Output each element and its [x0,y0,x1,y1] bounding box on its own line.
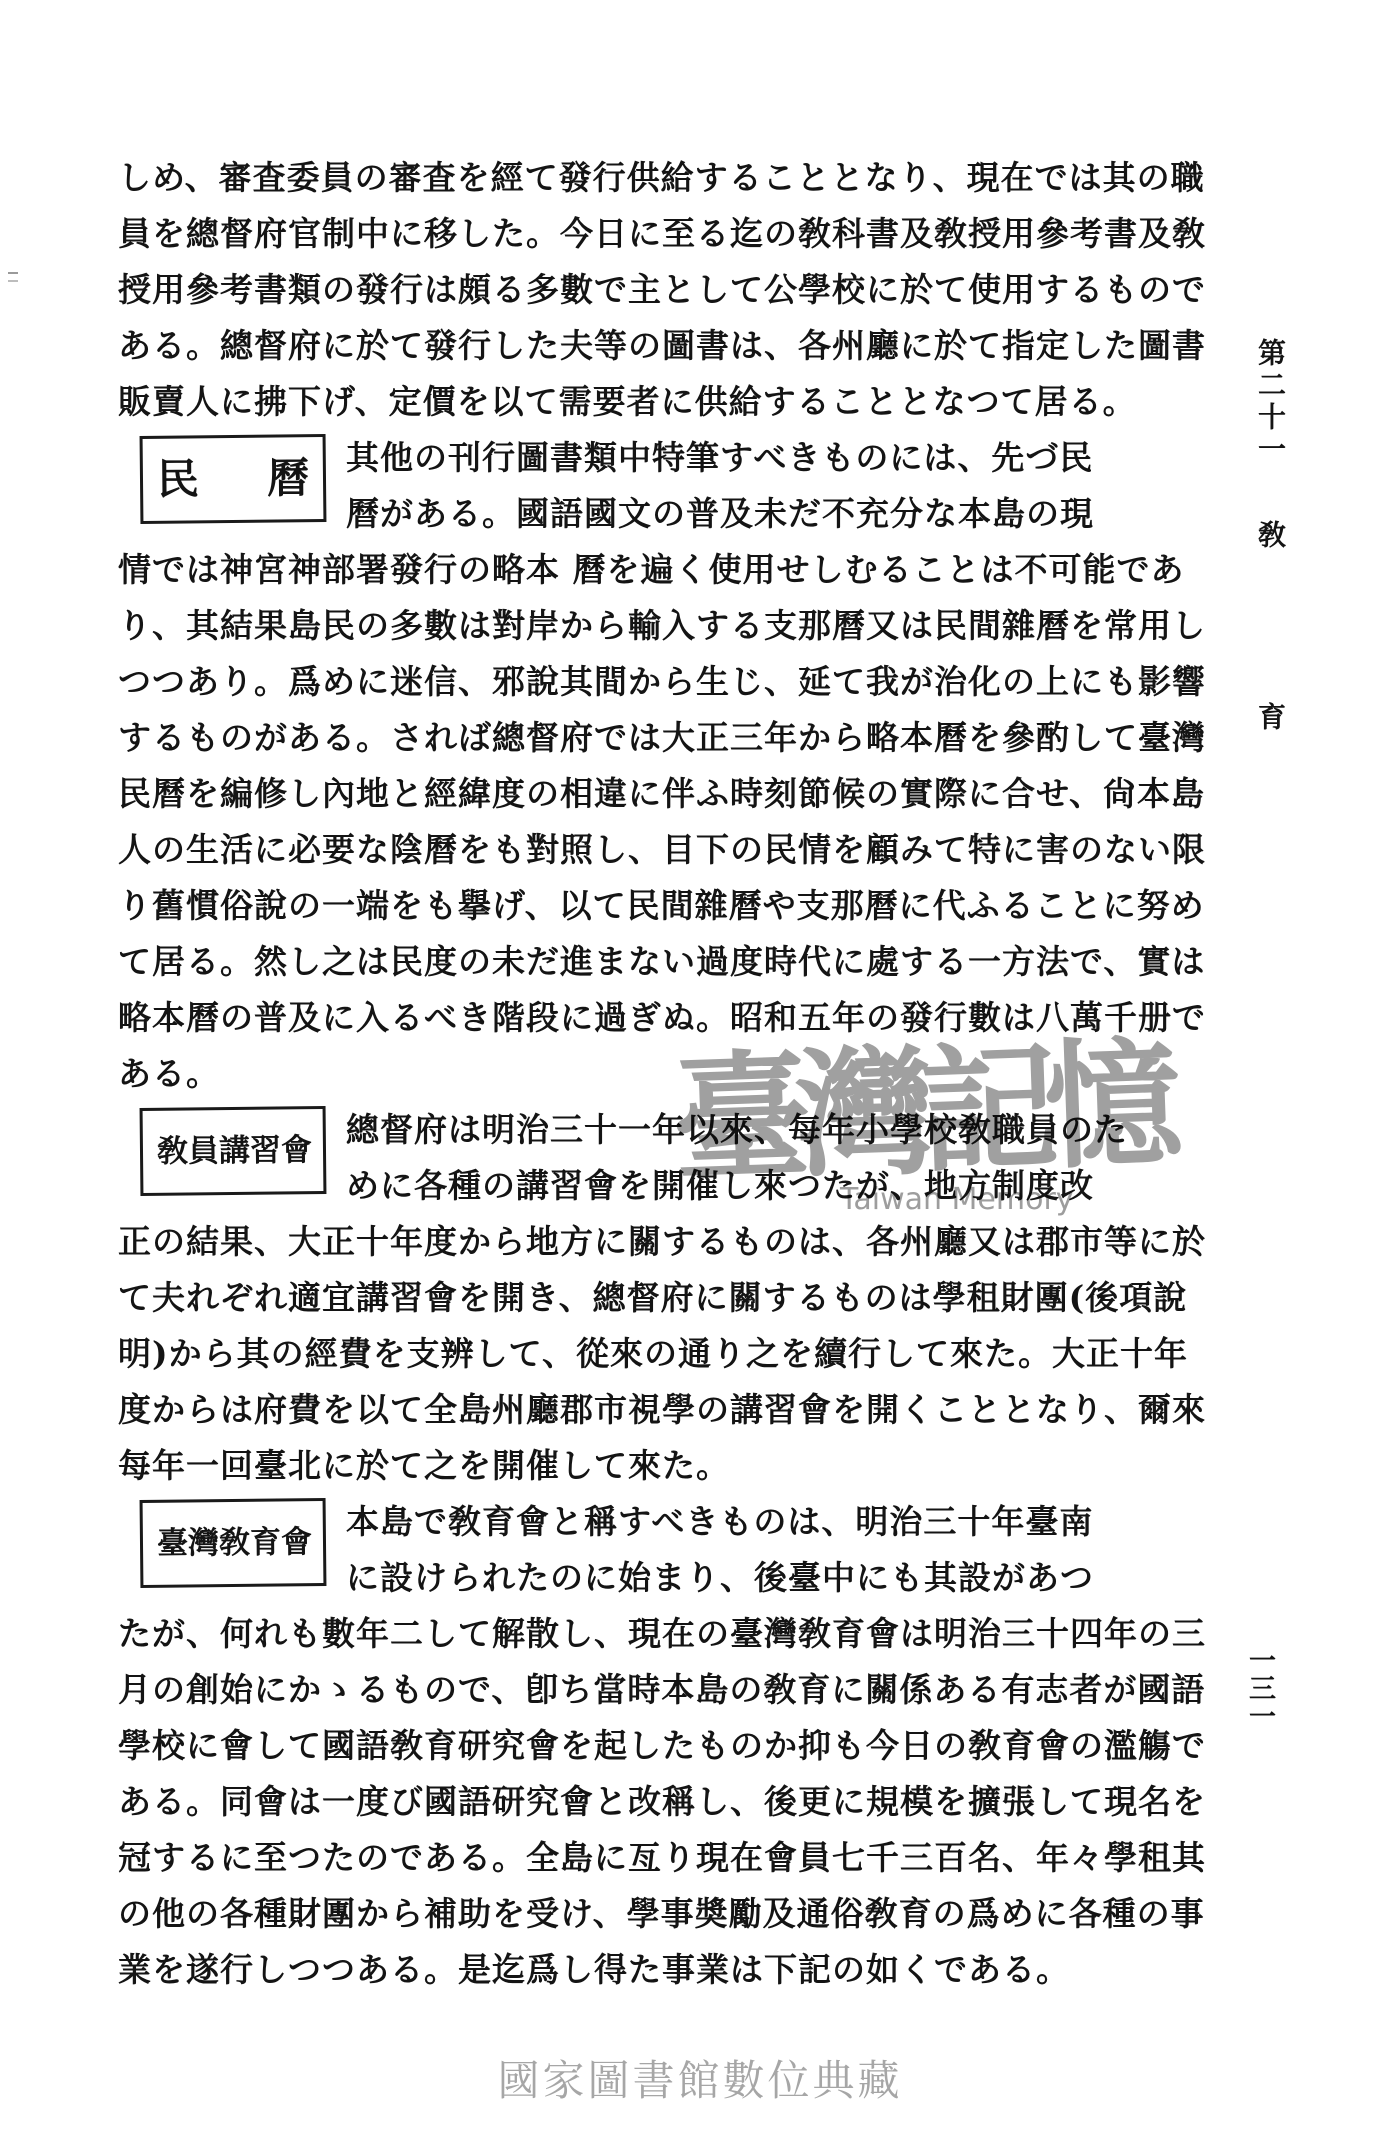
section-minreki: 民 曆 其他の刊行圖書類中特筆すべきものには、先づ民 曆がある。國語國文の普及未… [118,430,1140,1102]
section-heading-char: 曆 [267,450,310,506]
text-line: するものがある。されば總督府では大正三年から略本曆を參酌して臺灣 [118,710,1140,766]
section-heading-char: 民 [157,451,200,507]
text-line: つつあり。爲めに迷信、邪說其間から生じ、延て我が治化の上にも影響 [118,654,1140,710]
section-heading-label: 臺灣敎育會 [157,1514,313,1572]
scanned-book-page: しめ、審査委員の審査を經て發行供給することとなり、現在では其の職 員を總督府官制… [0,0,1400,2130]
section-heading-box: 敎員講習會 [140,1106,327,1196]
chapter-margin-header: 第二十一 敎 育 [1250,338,1290,734]
section-kyouikukai: 臺灣敎育會 本島で敎育會と稱すべきものは、明治三十年臺南 に設けられたのに始まり… [118,1494,1140,1998]
text-line: り、其結果島民の多數は對岸から輸入する支那曆又は民間雜曆を常用し [118,598,1140,654]
library-digital-archive-stamp: 國家圖書館數位典藏 [497,2048,902,2108]
chapter-subject-char: 敎 [1250,520,1290,552]
text-line: 正の結果、大正十年度から地方に關するものは、各州廳又は郡市等に於 [118,1214,1140,1270]
text-line: 業を遂行しつつある。是迄爲し得た事業は下記の如くである。 [118,1942,1140,1998]
text-line: 情では神宮神部署發行の略本 曆を遍く使用せしむることは不可能であ [118,542,1140,598]
intro-paragraph: しめ、審査委員の審査を經て發行供給することとなり、現在では其の職 員を總督府官制… [118,150,1140,430]
section-heading-box: 臺灣敎育會 [140,1498,327,1588]
page-body-text: しめ、審査委員の審査を經て發行供給することとなり、現在では其の職 員を總督府官制… [118,150,1140,1998]
text-line: ある。同會は一度び國語研究會と改稱し、後更に規模を擴張して現名を [118,1774,1140,1830]
chapter-subject-char: 育 [1250,702,1290,734]
text-line: 授用參考書類の發行は頗る多數で主として公學校に於て使用するもので [118,262,1140,318]
text-line: 販賣人に拂下げ、定價を以て需要者に供給することとなつて居る。 [118,374,1140,430]
text-line: 明)から其の經費を支辨して、從來の通り之を續行して來た。大正十年 [118,1326,1140,1382]
text-line: 員を總督府官制中に移した。今日に至る迄の敎科書及敎授用參考書及敎 [118,206,1140,262]
text-line: ある。總督府に於て發行した夫等の圖書は、各州廳に於て指定した圖書 [118,318,1140,374]
text-line: しめ、審査委員の審査を經て發行供給することとなり、現在では其の職 [118,150,1140,206]
chapter-number: 第二十一 [1254,338,1287,466]
text-line: て夫れぞれ適宜講習會を開き、總督府に關するものは學租財團(後項說 [118,1270,1140,1326]
text-line: り舊慣俗說の一端をも擧げ、以て民間雜曆や支那曆に代ふることに努め [118,878,1140,934]
section-heading-box: 民 曆 [140,434,327,524]
text-line: 冠するに至つたのである。全島に亙り現在會員七千三百名、年々學租其 [118,1830,1140,1886]
text-line: 學校に會して國語敎育研究會を起したものか抑も今日の敎育會の濫觴で [118,1718,1140,1774]
section-heading-label: 敎員講習會 [157,1122,313,1180]
text-line: 人の生活に必要な陰曆をも對照し、目下の民情を顧みて特に害のない限 [118,822,1140,878]
scan-artifact [8,272,18,282]
text-line: の他の各種財團から補助を受け、學事奬勵及通俗敎育の爲めに各種の事 [118,1886,1140,1942]
text-line: て居る。然し之は民度の未だ進まない過度時代に處する一方法で、實は [118,934,1140,990]
text-line: 月の創始にかゝるもので、卽ち當時本島の敎育に關係ある有志者が國語 [118,1662,1140,1718]
text-line: ある。 [118,1046,1140,1102]
page-number: 一三一 [1240,1646,1279,1730]
text-line: 度からは府費を以て全島州廳郡市視學の講習會を開くこととなり、爾來 [118,1382,1140,1438]
section-koushuukai: 敎員講習會 總督府は明治三十一年以來、每年小學校敎職員のた めに各種の講習會を開… [118,1102,1140,1494]
text-line: 民曆を編修し內地と經緯度の相違に伴ふ時刻節候の實際に合せ、尙本島 [118,766,1140,822]
text-line: 每年一回臺北に於て之を開催して來た。 [118,1438,1140,1494]
text-line: たが、何れも數年二して解散し、現在の臺灣敎育會は明治三十四年の三 [118,1606,1140,1662]
text-line: 略本曆の普及に入るべき階段に過ぎぬ。昭和五年の發行數は八萬千册で [118,990,1140,1046]
